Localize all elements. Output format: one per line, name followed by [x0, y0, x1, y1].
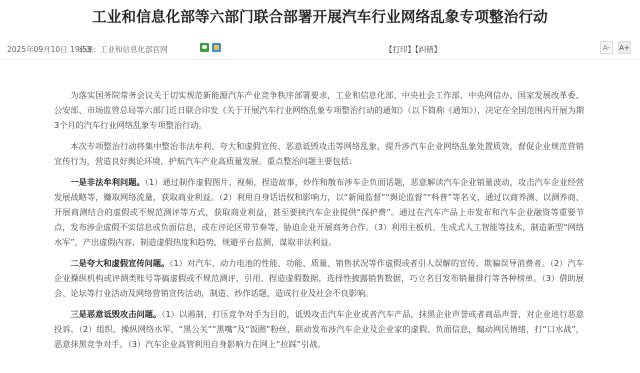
article-body: 为落实国务院常务会议关于切实规范新能源汽车产业竞争秩序部署要求，工业和信息化部、…	[54, 88, 584, 358]
font-decrease-button[interactable]: A-	[600, 41, 613, 54]
paragraph-lead: 三是恶意诋毁攻击问题。	[70, 309, 161, 319]
paragraph: 三是恶意诋毁攻击问题。（1）以遏制、打压竞争对手为目的，诋毁攻击汽车企业或者汽车…	[54, 307, 584, 352]
paragraph: 一是非法牟利问题。（1）通过制作虚假图片、视频，捏造故事，炒作和散布涉车企负面话…	[54, 175, 584, 250]
source-name: 工业和信息化部官网	[100, 44, 168, 55]
font-increase-button[interactable]: A+	[618, 41, 631, 54]
wechat-icon[interactable]	[200, 43, 209, 52]
correction-link[interactable]: 【纠错】	[415, 45, 441, 54]
article-title: 工业和信息化部等六部门联合部署开展汽车行业网络乱象专项整治行动	[0, 6, 640, 27]
paragraph-lead: 一是非法牟利问题。	[70, 177, 144, 187]
print-link[interactable]: 【打印】	[385, 45, 415, 54]
paragraph-text: 本次专项整治行动将集中整治非法牟利、夸大和虚假宣传、恶意诋毁攻击等网络乱象，提升…	[54, 141, 584, 166]
paragraph: 为落实国务院常务会议关于切实规范新能源汽车产业竞争秩序部署要求，工业和信息化部、…	[54, 88, 584, 133]
paragraph-text: （1）通过制作虚假图片、视频，捏造故事，炒作和散布涉车企负面话题，恶意解读汽车企…	[54, 177, 584, 247]
weibo-icon[interactable]	[212, 43, 221, 52]
paragraph: 本次专项整治行动将集中整治非法牟利、夸大和虚假宣传、恶意诋毁攻击等网络乱象，提升…	[54, 139, 584, 169]
paragraph: 二是夸大和虚假宣传问题。（1）对汽车、动力电池的性能、功能、质量、销售状况等作虚…	[54, 256, 584, 301]
article-actions: 【打印】【纠错】	[385, 44, 441, 55]
article-meta-bar: 2025年09月10日 19:53 来源： 工业和信息化部官网 【打印】【纠错】…	[0, 40, 640, 58]
paragraph-lead: 二是夸大和虚假宣传问题。	[70, 258, 169, 268]
divider	[0, 59, 640, 60]
source-label: 来源：	[78, 44, 101, 55]
paragraph-text: 为落实国务院常务会议关于切实规范新能源汽车产业竞争秩序部署要求，工业和信息化部、…	[54, 90, 584, 130]
